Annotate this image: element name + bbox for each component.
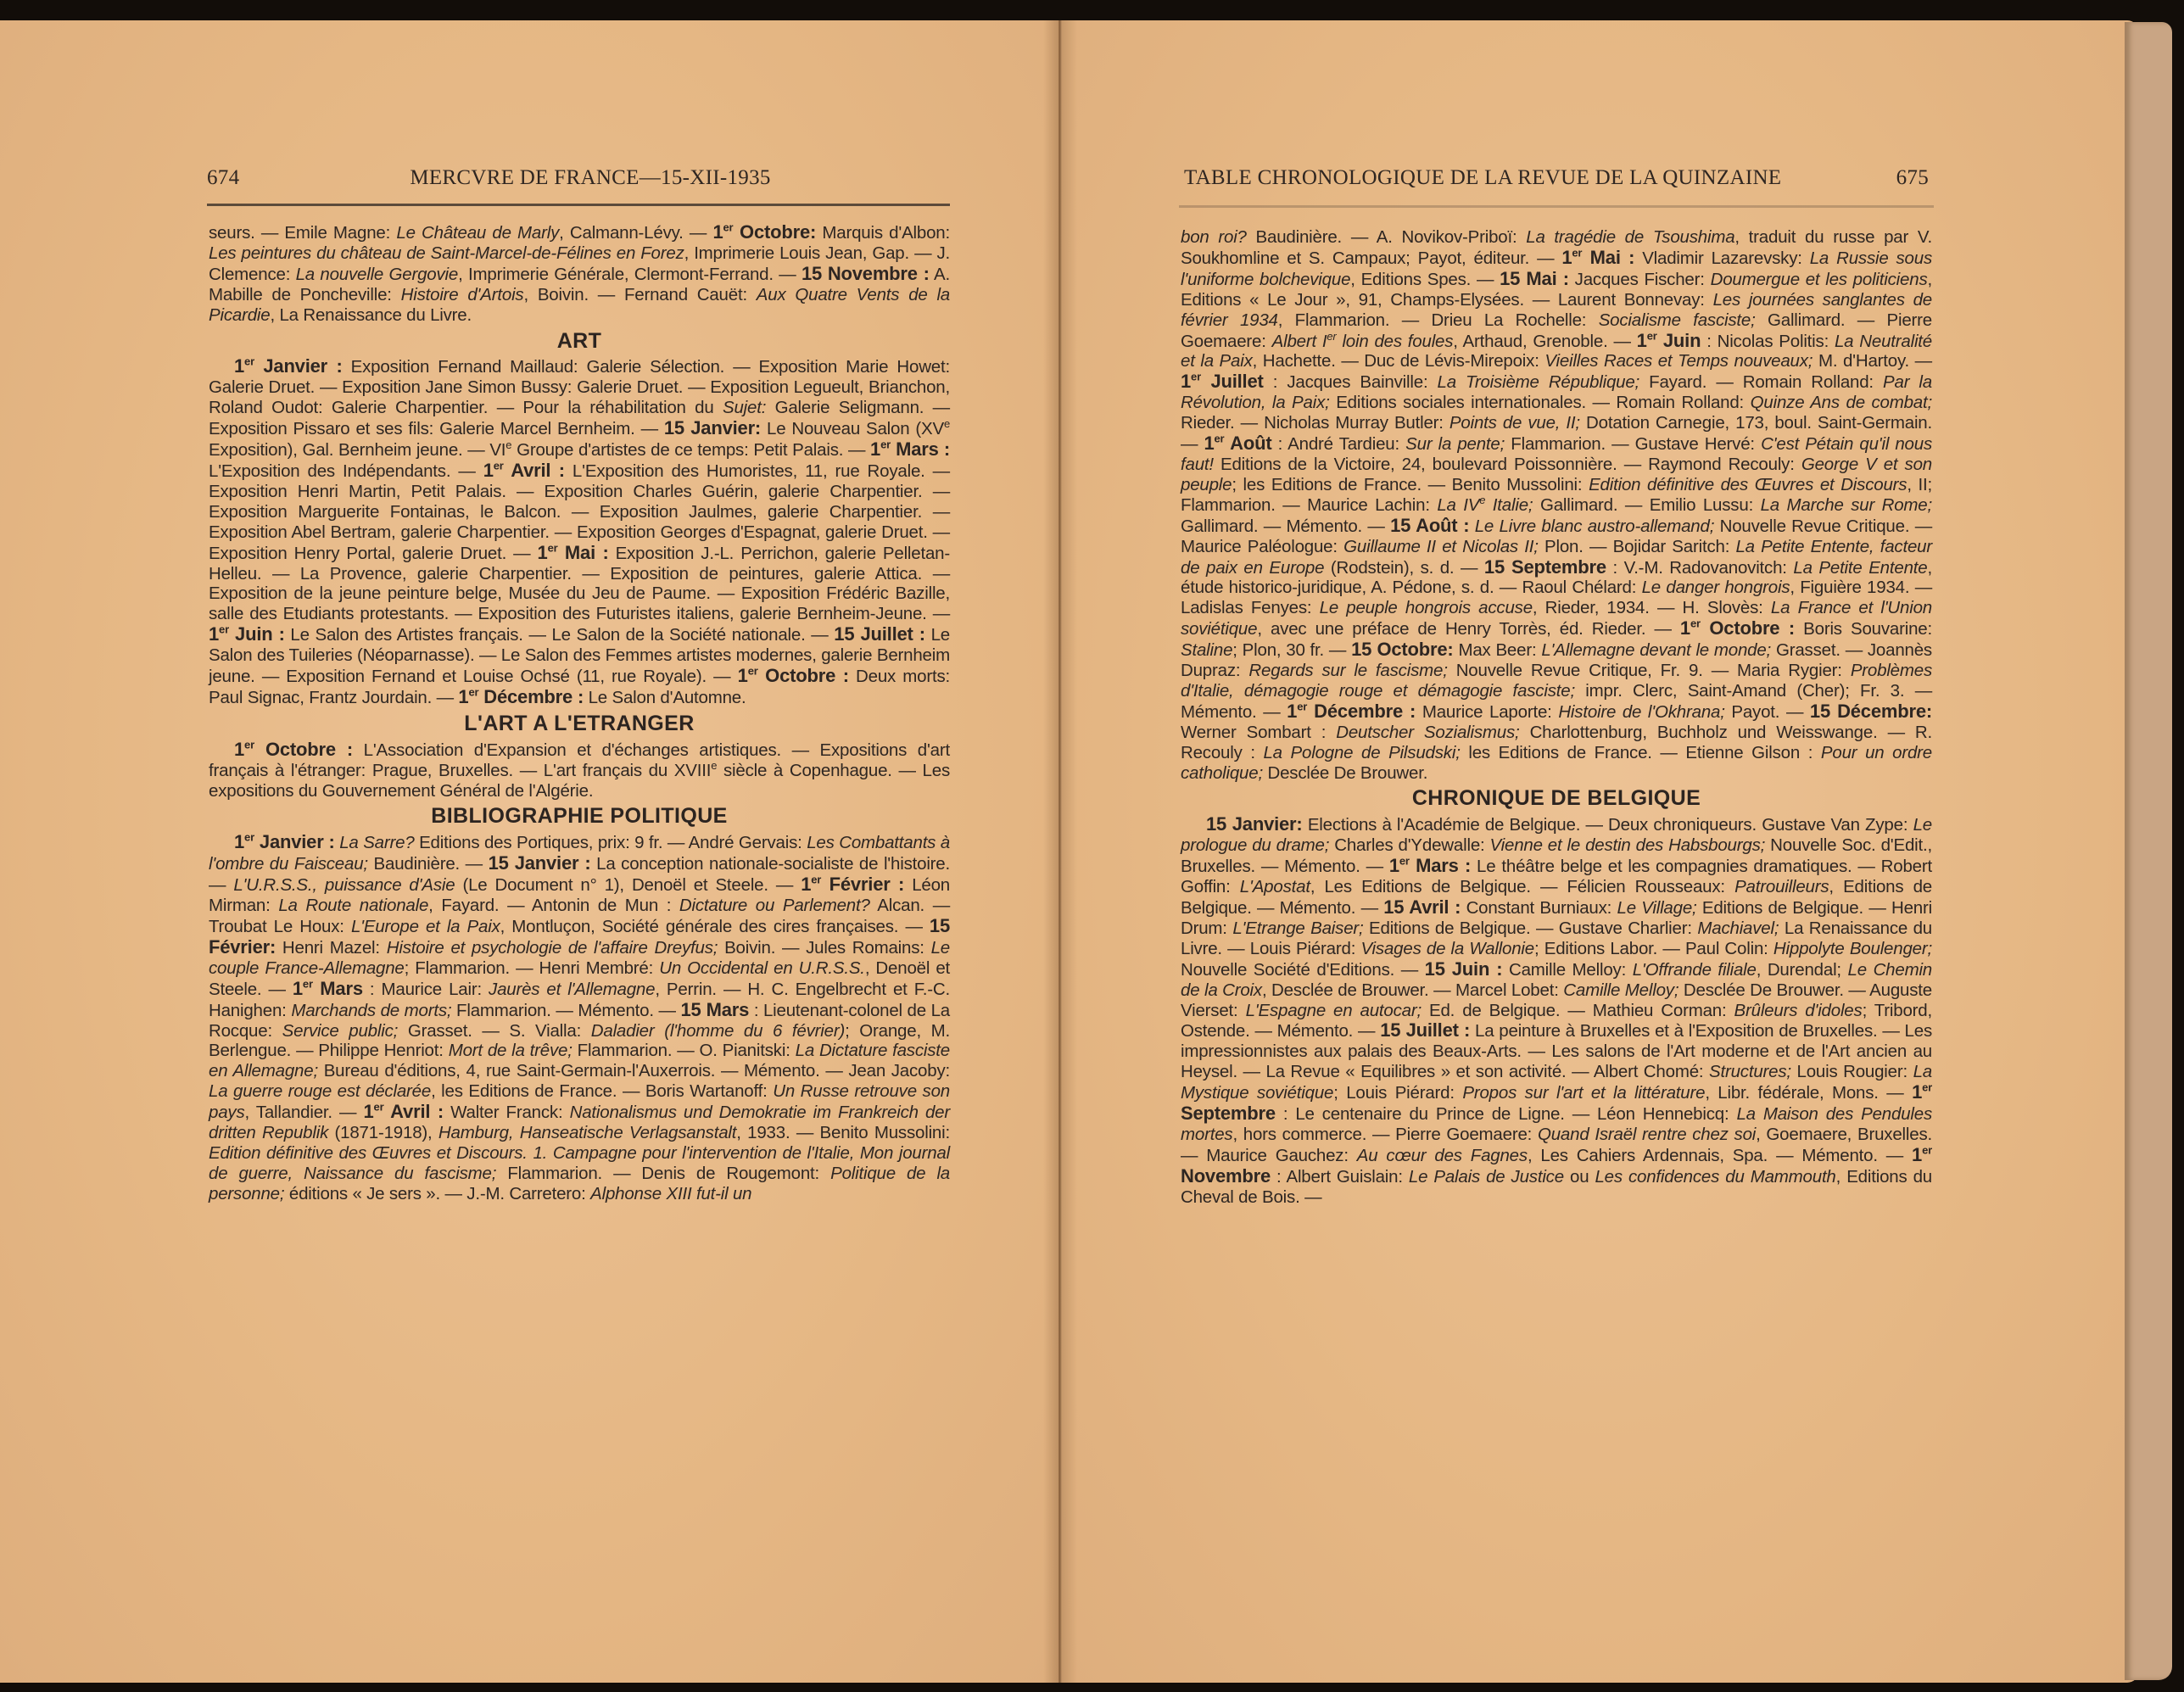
work-title: Au cœur des Fagnes xyxy=(1357,1146,1528,1165)
entry-text: Maurice Laporte: xyxy=(1416,702,1558,722)
right-page-body: bon roi? Baudinière. — A. Novikov-Priboï… xyxy=(1181,227,1932,1208)
chronology-paragraph: bon roi? Baudinière. — A. Novikov-Priboï… xyxy=(1181,227,1932,783)
entry-text: Gallimard. — Mémento. — xyxy=(1181,517,1390,536)
date-label: 1er Août xyxy=(1204,433,1271,454)
entry-text: : André Tardieu: xyxy=(1271,434,1405,454)
work-title: La Sarre? xyxy=(339,833,414,852)
entry-text: Rieder. — Nicholas Murray Butler: xyxy=(1181,413,1449,433)
entry-text: , Hachette. — Duc de Lévis-Mirepoix: xyxy=(1253,351,1545,371)
entry-text: (1871-1918), xyxy=(328,1123,438,1142)
running-title-left: MERCVRE DE FRANCE—15-XII-1935 xyxy=(258,166,948,190)
entry-text: Jacques Fischer: xyxy=(1569,270,1711,289)
entry-text: , Tallandier. — xyxy=(245,1103,364,1122)
work-title: Jaurès et l'Allemagne xyxy=(489,980,655,999)
work-title: La IVe Italie; xyxy=(1437,495,1533,515)
entry-text: Flammarion. — Gustave Hervé: xyxy=(1505,434,1761,454)
date-label: 15 Août : xyxy=(1390,515,1469,536)
date-label: 15 Juin : xyxy=(1425,958,1503,980)
date-label: 1er Février : xyxy=(801,874,904,895)
work-title: L'Europe et la Paix xyxy=(351,917,500,936)
entry-text: ; les Editions de France. — Benito Musso… xyxy=(1232,475,1589,494)
work-title: La guerre rouge est déclarée xyxy=(209,1081,431,1101)
entry-text: ou xyxy=(1564,1167,1595,1187)
work-title: Mort de la trêve; xyxy=(449,1041,573,1060)
entry-text: , Fayard. — Antonin de Mun : xyxy=(428,896,679,915)
date-label: 1er Janvier : xyxy=(234,831,335,852)
work-title: Structures; xyxy=(1709,1062,1791,1081)
work-title: L'Apostat xyxy=(1240,877,1310,896)
work-title: Vieilles Races et Temps nouveaux; xyxy=(1544,351,1813,371)
running-title-right: TABLE CHRONOLOGIQUE DE LA REVUE DE LA QU… xyxy=(1184,166,1781,190)
work-title: Daladier (l'homme du 6 février) xyxy=(591,1021,845,1041)
work-title: Propos sur l'art et la littérature xyxy=(1462,1083,1705,1103)
date-label: 15 Juillet : xyxy=(1380,1019,1470,1041)
date-label: 1er Mars : xyxy=(1389,855,1471,876)
work-title: Service public; xyxy=(282,1021,399,1041)
work-title: La Pologne de Pilsudski; xyxy=(1263,743,1460,762)
work-title: Les confidences du Mammouth xyxy=(1595,1167,1835,1187)
section-heading: L'ART A L'ETRANGER xyxy=(209,714,950,734)
work-title: L'Offrande filiale xyxy=(1633,960,1757,980)
entry-text: , Les Editions de Belgique. — Félicien R… xyxy=(1310,877,1734,896)
work-title: Histoire et psychologie de l'affaire Dre… xyxy=(387,938,718,958)
date-label: 1er Juillet xyxy=(1181,371,1264,392)
work-title: Guillaume II et Nicolas II; xyxy=(1343,537,1539,556)
work-title: Hippolyte Boulenger; xyxy=(1773,939,1932,958)
date-label: 1er Avril : xyxy=(364,1101,444,1122)
work-title: Quinze Ans de combat; xyxy=(1751,393,1932,412)
work-title: Histoire de l'Okhrana; xyxy=(1558,702,1724,722)
work-title: La nouvelle Gergovie xyxy=(296,265,459,284)
entry-text: Marquis d'Albon: xyxy=(816,223,950,243)
work-title: Vienne et le destin des Habsbourgs; xyxy=(1490,835,1766,855)
entry-text: Editions de la Victoire, 24, boulevard P… xyxy=(1214,455,1801,474)
entry-text: , Durendal; xyxy=(1757,960,1848,980)
entry-text: Flammarion. — O. Pianitski: xyxy=(573,1041,796,1060)
entry-text: , Arthaud, Grenoble. — xyxy=(1453,332,1636,351)
left-running-head: 674 MERCVRE DE FRANCE—15-XII-1935 xyxy=(207,166,948,190)
entry-text: Boris Souvarine: xyxy=(1795,619,1932,639)
work-title: Quand Israël rentre chez soi xyxy=(1538,1125,1756,1144)
entry-text: , Desclée de Brouwer. — Marcel Lobet: xyxy=(1262,980,1563,1000)
work-title: Le danger hongrois xyxy=(1642,578,1790,597)
work-title: Camille Melloy; xyxy=(1563,980,1678,1000)
entry-text: M. d'Hartoy. — xyxy=(1813,351,1932,371)
entry-text: ; Plon, 30 fr. — xyxy=(1232,640,1351,660)
work-title: Points de vue, II; xyxy=(1449,413,1580,433)
date-label: 1er Mai : xyxy=(1561,247,1634,268)
entry-text: : V.-M. Radovanovitch: xyxy=(1606,558,1793,578)
date-label: 15 Octobre: xyxy=(1351,639,1453,660)
entry-text: Fayard. — Romain Rolland: xyxy=(1639,372,1883,392)
entry-text: Charles d'Ydewalle: xyxy=(1329,835,1489,855)
entry-text: , Libr. fédérale, Mons. — xyxy=(1705,1083,1912,1103)
entry-text: , La Renaissance du Livre. xyxy=(270,305,472,325)
entry-text: Louis Rougier: xyxy=(1791,1062,1913,1081)
date-label: 15 Janvier: xyxy=(1206,813,1303,835)
work-title: Regards sur le fascisme; xyxy=(1248,661,1447,680)
date-label: 1er Mars : xyxy=(870,438,950,460)
work-title: Deutscher Sozialismus; xyxy=(1336,723,1519,742)
left-page-body: seurs. — Emile Magne: Le Château de Marl… xyxy=(209,222,950,1204)
entry-text: : Jacques Bainville: xyxy=(1264,372,1438,392)
work-title: Patrouilleurs xyxy=(1734,877,1829,896)
date-label: 1er Décembre : xyxy=(1287,701,1416,722)
work-title: Alphonse XIII fut-il un xyxy=(590,1184,751,1203)
entry-text: éditions « Je sers ». — J.-M. Carretero: xyxy=(284,1184,590,1203)
work-title: Doumergue et les politiciens xyxy=(1711,270,1928,289)
entry-text: ; Flammarion. — Henri Membré: xyxy=(405,958,660,978)
date-label: 15 Janvier : xyxy=(489,852,591,874)
page-stack-edge xyxy=(2125,22,2172,1680)
work-title: Sur la pente; xyxy=(1405,434,1505,454)
entry-text: Boivin. — Jules Romains: xyxy=(718,938,930,958)
date-label: 1er Mars xyxy=(293,978,363,999)
date-label: 15 Mars xyxy=(680,999,749,1020)
date-label: 1er Octobre : xyxy=(234,739,353,760)
entry-text: (Rodstein), s. d. — xyxy=(1324,558,1484,578)
entry-text: : Maurice Lair: xyxy=(363,980,489,999)
chronology-paragraph: 1er Janvier : La Sarre? Editions des Por… xyxy=(209,832,950,1203)
entry-text: Werner Sombart : xyxy=(1181,723,1336,742)
entry-text: ; Editions Labor. — Paul Colin: xyxy=(1534,939,1773,958)
entry-text: , Rieder, 1934. — H. Slovès: xyxy=(1533,598,1771,617)
work-title: L'U.R.S.S., puissance d'Asie xyxy=(233,875,455,895)
entry-text: Editions de Belgique. — Gustave Charlier… xyxy=(1364,919,1698,938)
date-label: 15 Décembre: xyxy=(1810,701,1932,722)
entry-text: Vladimir Lazarevsky: xyxy=(1634,248,1809,268)
date-label: 15 Mai : xyxy=(1500,268,1569,289)
entry-text: Le Salon d'Automne. xyxy=(584,688,746,707)
date-label: 1er Octobre : xyxy=(738,665,849,686)
date-label: 15 Novembre : xyxy=(802,263,930,284)
entry-text: Gallimard. — Emilio Lussu: xyxy=(1533,495,1760,515)
entry-text: Max Beer: xyxy=(1454,640,1542,660)
work-title: Le Livre blanc austro-allemand; xyxy=(1475,517,1714,536)
entry-text: , avec une préface de Henry Torrès, éd. … xyxy=(1257,619,1680,639)
entry-text: Baudinière. — xyxy=(368,854,489,874)
entry-text: , les Editions de France. — Boris Wartan… xyxy=(431,1081,773,1101)
chronology-paragraph: 15 Janvier: Elections à l'Académie de Be… xyxy=(1181,814,1932,1207)
entry-text: Bureau d'éditions, 4, rue Saint-Germain-… xyxy=(318,1061,950,1081)
entry-text: Flammarion. — Mémento. — xyxy=(451,1001,680,1020)
chronology-paragraph: seurs. — Emile Magne: Le Château de Marl… xyxy=(209,222,950,326)
date-label: 15 Septembre xyxy=(1484,556,1606,578)
work-title: Les peintures du château de Saint-Marcel… xyxy=(209,243,684,263)
entry-text: seurs. — Emile Magne: xyxy=(209,223,396,243)
work-title: Hamburg, Hanseatische Verlagsanstalt xyxy=(438,1123,736,1142)
work-title: Visages de la Wallonie xyxy=(1360,939,1534,958)
entry-text: ; Louis Piérard: xyxy=(1333,1083,1462,1103)
entry-text: Plon. — Bojidar Saritch: xyxy=(1539,537,1736,556)
date-label: 1er Octobre : xyxy=(1680,617,1795,639)
entry-text: Henri Mazel: xyxy=(276,938,387,958)
work-title: Edition définitive des Œuvres et Discour… xyxy=(1589,475,1907,494)
date-label: 15 Juillet : xyxy=(834,623,925,645)
work-title: La tragédie de Tsoushima xyxy=(1526,227,1734,247)
work-title: L'Allemagne devant le monde; xyxy=(1541,640,1771,660)
entry-text: : Albert Guislain: xyxy=(1271,1167,1409,1187)
entry-text: , Flammarion. — Drieu La Rochelle: xyxy=(1278,310,1599,330)
page-number-right: 675 xyxy=(1896,166,1929,190)
work-title: La Route nationale xyxy=(278,896,428,915)
work-title: Le Village; xyxy=(1617,898,1697,918)
chronology-paragraph: 1er Janvier : Exposition Fernand Maillau… xyxy=(209,356,950,707)
date-label: 1er Juin xyxy=(1637,330,1701,351)
work-title: bon roi? xyxy=(1181,227,1247,247)
entry-text: Constant Burniaux: xyxy=(1461,898,1617,918)
work-title: Histoire d'Artois xyxy=(401,285,524,304)
page-number-left: 674 xyxy=(207,166,258,190)
entry-text: Payot. — xyxy=(1725,702,1810,722)
entry-text: Nouvelle Société d'Editions. — xyxy=(1181,960,1425,980)
entry-text: Grasset. — S. Vialla: xyxy=(398,1021,591,1041)
date-label: 15 Avril : xyxy=(1383,896,1461,918)
date-label: 1er Mai : xyxy=(538,542,609,563)
date-label: 1er Décembre : xyxy=(458,686,584,707)
work-title: Machiavel; xyxy=(1697,919,1779,938)
chronology-paragraph: 1er Octobre : L'Association d'Expansion … xyxy=(209,740,950,801)
entry-text: Ed. de Belgique. — Mathieu Corman: xyxy=(1422,1001,1734,1020)
work-title: Dictature ou Parlement? xyxy=(679,896,870,915)
entry-text: , Montluçon, Société générale des cires … xyxy=(500,917,930,936)
entry-text: L'Exposition des Indépendants. — xyxy=(209,461,483,481)
section-heading: BIBLIOGRAPHIE POLITIQUE xyxy=(209,807,950,827)
entry-text: : Nicolas Politis: xyxy=(1701,332,1835,351)
date-label: 1er Octobre: xyxy=(712,221,816,243)
entry-text: Walter Franck: xyxy=(444,1103,570,1122)
work-title: Le Château de Marly xyxy=(396,223,559,243)
entry-text: : Le centenaire du Prince de Ligne. — Lé… xyxy=(1276,1104,1737,1124)
entry-text: , Les Cahiers Ardennais, Spa. — Mémento.… xyxy=(1528,1146,1912,1165)
entry-text: Editions des Portiques, prix: 9 fr. — An… xyxy=(415,833,807,852)
date-label: 1er Avril : xyxy=(483,460,565,481)
work-title: Sujet: xyxy=(723,398,766,417)
entry-text: , hors commerce. — Pierre Goemaere: xyxy=(1232,1125,1538,1144)
work-title: Socialisme fasciste; xyxy=(1599,310,1756,330)
right-running-head: TABLE CHRONOLOGIQUE DE LA REVUE DE LA QU… xyxy=(1184,166,1929,190)
work-title: L'Espagne en autocar; xyxy=(1246,1001,1422,1020)
header-rule-left xyxy=(207,204,950,206)
work-title: Albert Ier loin des foules xyxy=(1272,332,1454,351)
entry-text: Flammarion. — Denis de Rougemont: xyxy=(496,1164,830,1183)
entry-text: Elections à l'Académie de Belgique. — De… xyxy=(1303,815,1913,835)
entry-text: Le Salon des Artistes français. — Le Sal… xyxy=(285,625,835,645)
entry-text: , 1933. — Benito Mussolini: xyxy=(736,1123,950,1142)
entry-text: (Le Document n° 1), Denoël et Steele. — xyxy=(455,875,801,895)
work-title: Le Palais de Justice xyxy=(1409,1167,1564,1187)
entry-text: les Editions de France. — Etienne Gilson… xyxy=(1461,743,1821,762)
entry-text: Baudinière. — A. Novikov-Priboï: xyxy=(1247,227,1526,247)
entry-text: Camille Melloy: xyxy=(1502,960,1632,980)
work-title: Marchands de morts; xyxy=(291,1001,451,1020)
entry-text: Nouvelle Revue Critique, Fr. 9. — Maria … xyxy=(1448,661,1851,680)
work-title: La Marche sur Rome; xyxy=(1761,495,1932,515)
entry-text: , Editions Spes. — xyxy=(1350,270,1500,289)
entry-text: , Boivin. — Fernand Cauët: xyxy=(523,285,756,304)
work-title: L'Etrange Baiser; xyxy=(1232,919,1363,938)
work-title: La Petite Entente xyxy=(1793,558,1927,578)
section-heading: CHRONIQUE DE BELGIQUE xyxy=(1181,789,1932,809)
header-rule-right xyxy=(1179,205,1934,208)
work-title: Le peuple hongrois accuse xyxy=(1320,598,1533,617)
work-title: Staline xyxy=(1181,640,1232,660)
work-title: Brûleurs d'idoles xyxy=(1734,1001,1863,1020)
work-title: La Troisième République; xyxy=(1438,372,1640,392)
work-title: Un Occidental en U.R.S.S. xyxy=(659,958,865,978)
date-label: 1er Janvier : xyxy=(234,355,343,377)
entry-text: Desclée De Brouwer. xyxy=(1263,763,1427,783)
entry-text: , Calmann-Lévy. — xyxy=(559,223,712,243)
date-label: 1er Juin : xyxy=(209,623,285,645)
entry-text: Editions sociales internationales. — Rom… xyxy=(1330,393,1751,412)
section-heading: ART xyxy=(209,332,950,352)
entry-text: , Imprimerie Générale, Clermont-Ferrand.… xyxy=(458,265,802,284)
date-label: 15 Janvier: xyxy=(664,417,761,438)
